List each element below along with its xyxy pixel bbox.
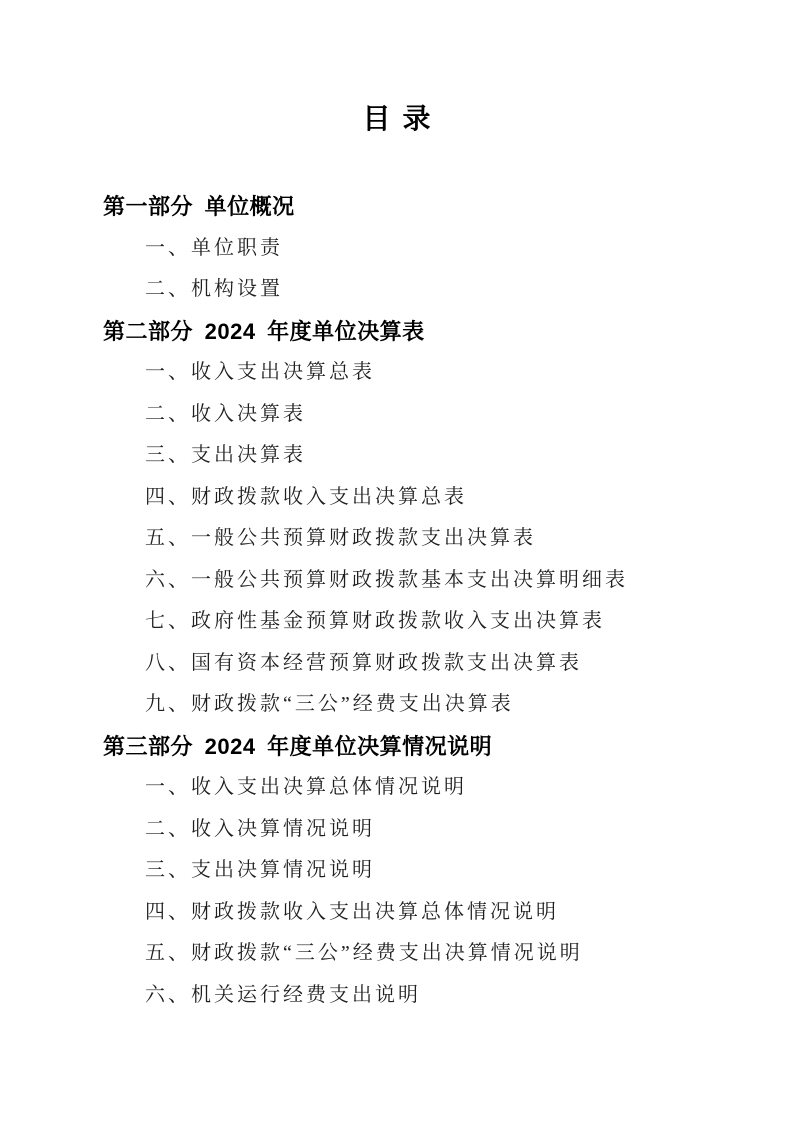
- toc-item: 三、支出决算情况说明: [103, 850, 753, 892]
- toc-item: 七、政府性基金预算财政拨款收入支出决算表: [103, 601, 753, 643]
- table-of-contents: 第一部分 单位概况 一、单位职责 二、机构设置 第二部分 2024 年度单位决算…: [0, 186, 793, 1016]
- toc-item: 六、机关运行经费支出说明: [103, 975, 753, 1017]
- toc-item: 一、收入支出决算总表: [103, 352, 753, 394]
- document-page: 目录 第一部分 单位概况 一、单位职责 二、机构设置 第二部分 2024 年度单…: [0, 0, 793, 1122]
- toc-item: 九、财政拨款“三公”经费支出决算表: [103, 684, 753, 726]
- toc-item: 一、单位职责: [103, 228, 753, 270]
- toc-item: 五、一般公共预算财政拨款支出决算表: [103, 518, 753, 560]
- toc-heading-part2: 第二部分 2024 年度单位决算表: [103, 311, 753, 353]
- toc-item: 六、一般公共预算财政拨款基本支出决算明细表: [103, 560, 753, 602]
- page-title: 目录: [0, 0, 793, 135]
- toc-item: 一、收入支出决算总体情况说明: [103, 767, 753, 809]
- toc-item: 三、支出决算表: [103, 435, 753, 477]
- toc-item: 五、财政拨款“三公”经费支出决算情况说明: [103, 933, 753, 975]
- toc-item: 二、机构设置: [103, 269, 753, 311]
- toc-item: 二、收入决算情况说明: [103, 809, 753, 851]
- toc-item: 八、国有资本经营预算财政拨款支出决算表: [103, 643, 753, 685]
- toc-heading-part1: 第一部分 单位概况: [103, 186, 753, 228]
- toc-item: 四、财政拨款收入支出决算总表: [103, 477, 753, 519]
- toc-item: 四、财政拨款收入支出决算总体情况说明: [103, 892, 753, 934]
- toc-item: 二、收入决算表: [103, 394, 753, 436]
- toc-heading-part3: 第三部分 2024 年度单位决算情况说明: [103, 726, 753, 768]
